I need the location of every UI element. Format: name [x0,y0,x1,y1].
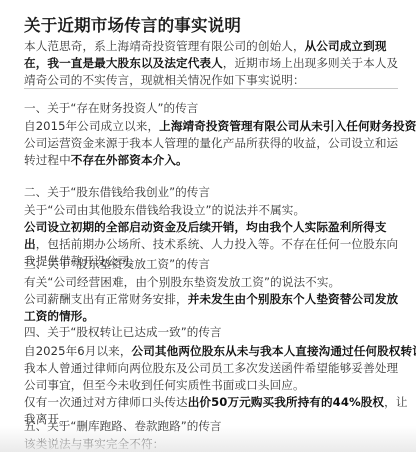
section-1-bold-2: 不存在外部资本介入。 [71,153,188,167]
section-2-heading: 二、关于“股东借钱给我创业”的传言 [24,184,210,200]
intro-text: 本人范思奇，系上海靖奇投资管理有限公司的创始人， [24,39,305,53]
section-3-text: 有关“公司经营困难，由个别股东垫资发放工资”的说法不实。 [24,275,340,289]
document-title: 关于近期市场传言的事实说明 [24,12,241,36]
section-4-text-3a: 仅有一次通过对方律师口头传达 [24,395,188,409]
section-4-bold-2: 出价50万元购买我所持有的44%股权 [188,395,384,409]
section-3-body: 有关“公司经营困难，由个别股东垫资发放工资”的说法不实。 公司薪酬支出有正常财务… [24,274,408,325]
divider [24,88,398,89]
section-4-heading: 四、关于“股权转让已达成一致”的传言 [24,324,222,340]
intro-paragraph: 本人范思奇，系上海靖奇投资管理有限公司的创始人，从公司成立到现在，我一直是最大股… [24,38,408,89]
section-3-heading: 三、关于“股东垫资发放工资”的传言 [24,256,210,272]
section-4-body: 自2025年6月以来，公司其他两位股东从未与我本人直接沟通过任何股权转让事宜。 … [24,343,408,428]
section-4-bold: 公司其他两位股东从未与我本人直接沟通过任何股权转让事宜。 [132,344,416,358]
section-4-text: 自2025年6月以来， [24,344,132,358]
section-3-text-2: 公司薪酬支出有正常财务安排， [24,292,188,306]
section-1-text: 自2015年公司成立以来， [24,119,159,133]
section-5-text: 该类说法与事实完全不符： [24,437,164,451]
section-5-heading: 五、关于“删库跑路、卷款跑路”的传言 [24,418,222,434]
section-4-text-2: 我本人曾通过律师向两位股东及公司员工多次发送函件希望能够妥善处理公司事宜，但至今… [24,361,398,392]
section-1-bold: 上海靖奇投资管理有限公司从未引入任何财务投资人。 [159,119,416,133]
section-1-body: 自2015年公司成立以来，上海靖奇投资管理有限公司从未引入任何财务投资人。 公司… [24,118,408,169]
section-2-text: 关于“公司由其他股东借钱给我设立”的说法并不属实。 [24,203,305,217]
section-5-body: 该类说法与事实完全不符： [24,436,408,452]
section-1-heading: 一、关于“存在财务投资人”的传言 [24,100,198,116]
